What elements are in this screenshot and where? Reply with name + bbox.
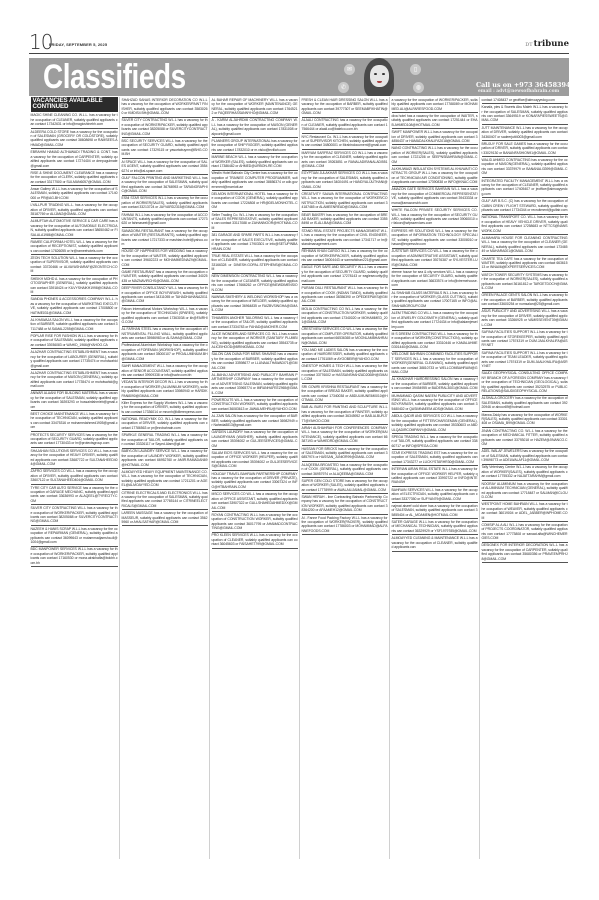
- classified-ad: a vacancy for the occupation of WORKER/P…: [392, 97, 478, 113]
- classified-ad: Seller Trading Co. W.L.L has a vacancy f…: [212, 212, 298, 233]
- classified-ad: ALAALI CONTRACTING has a vacancy for the…: [302, 118, 388, 134]
- classified-ad: PRO KLEEN SERVICES W.L.L has a vacancy f…: [212, 533, 298, 549]
- issue-date: FRIDAY, SEPTEMBER 5, 2025: [49, 42, 107, 47]
- classified-column-6: contact 17408437 or geoffice@almoayyedcg…: [479, 97, 569, 859]
- classified-ad: SILVER CITY CONTRACTING W.L.L has a vaca…: [31, 505, 118, 526]
- classified-ad: ALMOAYYED CLEANING & MAINTENANCE W.L.L h…: [392, 535, 478, 551]
- classified-ad: ASUS PUBLICITY AND ADVERTISING W.L.L has…: [482, 309, 568, 330]
- classified-ad: Westin Hotel Bahrain City Centre has a v…: [212, 171, 298, 192]
- classified-ad: DESIGNEX FOR INTERIOR DECORATION W.L.L h…: [482, 543, 568, 564]
- classified-ad: AMAZON GATE SERVICES BAHRAIN W.L.L has a…: [392, 187, 478, 208]
- classified-ad: ALAZHAR CONTRACTING ESTABLISHMENT has a …: [31, 370, 118, 391]
- classified-ad: BSC SECURITY SERVICES W.L.L has a vacanc…: [122, 138, 208, 159]
- classified-ad: SAFINA FACILITIES SUPPORT W.L.L has a va…: [482, 350, 568, 371]
- masthead: 10 FRIDAY, SEPTEMBER 5, 2025 DTtribune: [29, 30, 569, 54]
- classified-ad: SUPER GEN COLD STORE has a vacancy for t…: [302, 478, 388, 494]
- customer-service-illustration: [362, 58, 396, 96]
- classified-ad: MSCO SERVICES CO W.L.L has a vacancy for…: [212, 491, 298, 512]
- classified-ad: ABDUL QADIR AND SERVICES CO W.L.L has a …: [392, 413, 478, 434]
- classified-ad: SATER GARAGE W.L.L has a vacancy for the…: [392, 519, 478, 535]
- classified-ad: POPLAR RISE FOR FASHION W.L.L has a vaca…: [31, 333, 118, 349]
- classified-ad: INTEGRATED FACILITY MANAGEMENT W.L.L has…: [482, 178, 568, 199]
- classified-ad: SALAM EID'S SERVICES W.L.L has a vacancy…: [212, 450, 298, 471]
- classified-ad: diva hotel has a vacancy for the occupat…: [392, 113, 478, 129]
- classified-ad: SWIFT MANPOWER W.L.L has a vacancy for t…: [392, 129, 478, 145]
- classified-ad: JUSTSTAR SERVICES CO W.L.L has a vacancy…: [392, 249, 478, 270]
- classified-ad: Professional Aluminium Workshop has a va…: [122, 343, 208, 364]
- classified-ad: EBRAHIM HAMAD ALTHAWADI TRADING & CONT. …: [31, 149, 118, 170]
- classified-ad: HOUSE OF HAPPINESS FOR WEDDING has a vac…: [122, 249, 208, 270]
- classified-ad: Al SPACE W.L.L has a vacancy for the occ…: [122, 159, 208, 175]
- classified-ad: TIHAMEEN ANOHER TAILORING W.L.L has a va…: [212, 315, 298, 331]
- classified-ad: MARYAM SARFRAZ SERVICES CO W.L.L has a v…: [302, 150, 388, 171]
- classified-ad: TYRE CITY CAR AUTO SERVICE has a vacancy…: [31, 485, 118, 506]
- classified-ad: NOORAY ALUMINIUM has a vacancy for the o…: [482, 481, 568, 502]
- classified-ad: NAZEEH & HANIS SCRAP W.L.L has a vacancy…: [31, 526, 118, 547]
- classified-columns: VACANCIES AVAILABLE CONTINUEDMAGIC SHINE…: [29, 97, 569, 859]
- classified-ad: COMSIP AL A ALI W.L.L has a vacancy for …: [482, 522, 568, 543]
- classified-ad: INTERIAN AIRAN REAL ESTATE W.L.L has a v…: [392, 466, 478, 487]
- section-heading: VACANCIES AVAILABLE CONTINUED: [31, 97, 118, 112]
- classified-ad: WELCOME BAHRAIN COMBINED FACILITIES SUPP…: [392, 352, 478, 377]
- classified-ad: MAGIC SHINE CLEANING CO. W.L.L. has a va…: [31, 113, 118, 129]
- classified-ad: ALAZHAR CONTRACTING ESTABLISHMENT has a …: [31, 349, 118, 370]
- classified-column-1: VACANCIES AVAILABLE CONTINUEDMAGIC SHINE…: [29, 97, 119, 859]
- classified-ad: CITRINE ELECTRICALS AND ELECTRONICS W.L.…: [122, 490, 208, 511]
- classified-ad: AL BAHAR REPAIR OF MACHINERY W.L.L has a…: [212, 97, 298, 118]
- classified-ad: ANWAR ALAANI FOR BUILDING MATERIAL has a…: [31, 391, 118, 412]
- classified-ad: AL KHAWAJA SALON W.L.L has a vacancy for…: [31, 317, 118, 333]
- classified-ad: WESTPOINT HOME BAHRAIN W.L.L has a vacan…: [482, 501, 568, 522]
- classified-ad: RISE & SHINE DOCUMENT CLEARANCE has a va…: [31, 170, 118, 186]
- call-us-phone: Call us on +973 36458394: [476, 81, 569, 89]
- classified-ad: ESNI STAR SERVICES W.L.L has a vacancy f…: [122, 196, 208, 212]
- logo-mark: DT: [525, 42, 532, 48]
- classified-ad: ALAQEEBA BROASTED has a vacancy for the …: [302, 462, 388, 478]
- classified-ad: ALICE WONDERLAND SERVICES CO. W.L.L has …: [212, 331, 298, 352]
- classified-ad: SHEIKH MOHD A. has a vacancy for the occ…: [31, 276, 118, 297]
- classified-ad: ROYAN CONTRACTING W.L.L has a vacancy fo…: [212, 512, 298, 533]
- logo-text: tribune: [534, 39, 569, 49]
- classified-ad: NYC Restaurant Co. W.L.L has a vacancy f…: [302, 134, 388, 150]
- classified-ad: YOU AND ME LADIES SALON has a vacancy fo…: [302, 347, 388, 363]
- classified-ad: BRUJUY FOR SALE GAMES has a vacancy for …: [482, 141, 568, 157]
- classified-ad: AL-BAHAJ ADVERTISING AND PUBLICITY BAHRA…: [212, 372, 298, 397]
- classified-ad: xtreme house for sea & city services W.L…: [392, 269, 478, 290]
- classified-ad: NATIONAL TRANSPORT CO. W.L.L has a vacan…: [482, 215, 568, 236]
- classified-ad: JINAN CONTRACTING CO. W.L.L has a vacanc…: [482, 428, 568, 449]
- classified-ad: JUTT MAINTENANCE W.L.L has a vacancy for…: [482, 125, 568, 141]
- classified-ad: MARINE BEACH W.L.L has a vacancy for the…: [212, 154, 298, 170]
- classified-ad: AL ZAIN SALON has a vacancy for the occu…: [212, 413, 298, 429]
- classified-ad: Kanafa, pies & Sweets Abu Maleh W.L.L ha…: [482, 104, 568, 125]
- classified-ad: ZEON TECH SOLUTION W.L.L has a vacancy f…: [31, 255, 118, 276]
- classified-ad: REHMAN KHAN CARGO W.L.L has a vacancy fo…: [302, 249, 388, 265]
- classified-ad: SPARKLE GENERAL TRADING W.L.L has a vaca…: [122, 432, 208, 448]
- classified-ad: Ansar Gallery W.L.L has a vacancy for th…: [31, 186, 118, 202]
- classified-ad: GULF AIR B.S.C. (C) has a vacancy for th…: [482, 198, 568, 214]
- classified-ad: SILVER CITY CONTRACTING W.L.L has a vaca…: [122, 118, 208, 139]
- classified-ad: MUHAMMAD QASIM NAEEM PUBLICITY AND ADVER…: [392, 393, 478, 414]
- classified-ad: SWAN HERAH - line Contracting Bahrain Pa…: [302, 494, 388, 515]
- classified-ad: MOLIA CONTRACTING CO W.L.L has a vacancy…: [302, 306, 388, 327]
- classified-ad: ALMAHARA HOUSE FOR CLEANING CONTRACTING …: [482, 235, 568, 256]
- mobile-icon: ▯: [410, 64, 421, 75]
- classified-ad: BABYLON LAUNDRY SERVICE W.L.L has a vaca…: [122, 449, 208, 470]
- classified-ad: SPEGA TRADING W.L.L has a vacancy for th…: [392, 434, 478, 450]
- classified-ad: 381 GARAGE AND SPARE PARTS W.L.L has a v…: [212, 232, 298, 253]
- classified-ad: najmat alseef cold store has a vacancy f…: [392, 503, 478, 519]
- classified-ad: AL SHAHAB GLASS MATERIALS W.L.L has a va…: [392, 290, 478, 311]
- classified-ad: PROTECTS SECURITY SERVICES has a vacancy…: [31, 432, 118, 448]
- classified-ad: AIRAH ALSHAHRAH FOR CONFERENCES COMPANY …: [302, 425, 388, 446]
- classified-ad: ZAFRO SERVICES CO W.L.L has a vacancy fo…: [31, 469, 118, 485]
- classified-ad: EXPRESS HR SOLUTIONS W.L.L has a vacancy…: [392, 228, 478, 249]
- classified-ad: ALMOAYYED HEAVY EQUIPMENT MAINTENANCE CO…: [122, 469, 208, 490]
- classified-ad: PURANI DILLI RESTAURANT W.L.L has a vaca…: [302, 285, 388, 306]
- classifieds-banner: Classifieds ✉ ✆ ▯ ◍ Call us on +973 3645…: [29, 58, 569, 96]
- classified-ad: GREEN PALACE GENTS SALON W.L.L has a vac…: [482, 293, 568, 309]
- section-title: Classifieds: [43, 60, 186, 94]
- classified-column-2: SHAHZAD SANAS INTERIOR DECORATION CO W.L…: [119, 97, 209, 859]
- classified-ad: Al - Fanne Food Packing Factory W.L.L ha…: [302, 515, 388, 536]
- classified-ad: SANADORA RESTAURANT has a vacancy for th…: [122, 228, 208, 249]
- classified-ad: FRESH & CLEAN HAIR DRESSING SALON W.L.L …: [302, 97, 388, 118]
- classified-ad: WATCH TOWER SECURITY SYSTEMS has a vacan…: [482, 272, 568, 293]
- classified-ad: DELMON INTERNATIONAL HOTEL has a vacancy…: [212, 191, 298, 212]
- classified-ad: CREATIVITY SALWA INTERNATIONAL CONTRACTI…: [302, 191, 388, 212]
- classified-ad: STAR EXPRESS TRADING EST has a vacancy f…: [392, 450, 478, 466]
- classified-ad: POWERDUTS W.L.L has a vacancy for the oc…: [212, 397, 298, 413]
- classified-ad: SANDIA PHONES & ACCESSORIES COMPANY W.L.…: [31, 296, 118, 317]
- classified-ad: SAUDI GEOPHYSICAL CONSULTING OFFICE COMP…: [482, 371, 568, 396]
- phone-icon: ✆: [338, 82, 349, 93]
- classified-ad: Tally Veterinary Centre W.L.L has a vaca…: [482, 465, 568, 481]
- advert-email: email : advt@newsofbahrain.com: [478, 89, 559, 94]
- classified-ad: GARDEN LAUNDRY has a vacancy for the occ…: [212, 430, 298, 451]
- classified-ad: EGYPTIAN JULAKHAR SERVICES CO W.L.L has …: [302, 171, 388, 192]
- classified-ad: SRI GOWRI KRISHNA RESTAURANT has a vacan…: [302, 384, 388, 405]
- classified-ad: TRUE REAL ESTATE W.L.L has a vacancy for…: [212, 253, 298, 274]
- classified-ad: ALDEERA COLD STORE has a vacancy for the…: [31, 129, 118, 150]
- classified-ad: ALEM TRADING CO W.L.L has a vacancy for …: [392, 310, 478, 331]
- classified-ad: SALON CAN DUNA FOR MENS SHAVING has a va…: [212, 352, 298, 373]
- classified-ad: A - KARIM ALJAHRDMI CONTRACTING COMPANY …: [212, 118, 298, 139]
- classified-ad: AL KHADHAR HAIRDRESSING SALON has a vaca…: [392, 377, 478, 393]
- classified-ad: Falcon International Motors Workshop W.L…: [122, 306, 208, 327]
- classified-ad: NATIONAL READYMIX CO. W.L.L has a vacanc…: [122, 416, 208, 432]
- classified-column-4: FRESH & CLEAN HAIR DRESSING SALON W.L.L …: [299, 97, 389, 859]
- classified-ad: LAREEN MASSAGE has a vacancy for the occ…: [122, 510, 208, 526]
- classified-ad: ALMUFTAH AUTOMOTIVE SERVICE & CAR CARE h…: [31, 218, 118, 239]
- classified-ad: HOLIDAY TRAVEL BAHRAIN PARTNERSHIP COMPA…: [212, 471, 298, 492]
- classified-ad: CRESTVIEW SERVICES CO W.L.L has a vacanc…: [302, 327, 388, 348]
- classified-ad: WALID AHMED CONTRACTING has a vacancy fo…: [482, 157, 568, 178]
- classified-ad: SAFINA FACILITIES SUPPORT W.L.L has a va…: [482, 329, 568, 350]
- classified-column-3: AL BAHAR REPAIR OF MACHINERY W.L.L has a…: [209, 97, 299, 859]
- classified-ad: PLANNERS GROUP INTERNATIONAL has a vacan…: [212, 138, 298, 154]
- classified-ad: AL FARHAN STEEL has a vacancy for the oc…: [122, 327, 208, 343]
- classified-ad: FAHMAI W.L.L has a vacancy for the occup…: [122, 212, 208, 228]
- classified-ad: BAB AL BURJ FOR PAINTING AND SCULPTURE W…: [302, 404, 388, 425]
- classified-ad: LYALLPUR TRADING W.L.L. has a vacancy fo…: [31, 202, 118, 218]
- classified-ad: ALSHALA GROCERY has a vacancy for the oc…: [482, 396, 568, 412]
- classified-ad: HASSAN FOR BRICKS has a vacancy for the …: [302, 446, 388, 462]
- classified-ad: STAND REAL ESTATE PROJECTS MANAGEMENT W.…: [302, 228, 388, 249]
- tribune-logo: DTtribune: [525, 39, 569, 49]
- classified-ad: ADEL WALAF JEWELERS has a vacancy for th…: [482, 449, 568, 465]
- classified-ad: DEEP RIVER CONSULTANCY W.L.L has a vacan…: [122, 285, 208, 306]
- classified-ad: SAHR MANAGEMENT W.L.L has a vacancy for …: [122, 363, 208, 379]
- classified-column-5: a vacancy for the occupation of WORKER/P…: [389, 97, 479, 859]
- classified-ad: BAHRAIN SERVICES W.L.L has a vacancy for…: [392, 487, 478, 503]
- classified-ad: Killer Express for the Supply Workers W.…: [122, 400, 208, 416]
- classified-ad: NANO CONTRACTING W.L.L has a vacancy for…: [392, 145, 478, 166]
- classified-ad: SHAHZAD SANAS INTERIOR DECORATION CO W.L…: [122, 97, 208, 118]
- classified-ad: GAME RESTAURANT has a vacancy for the oc…: [122, 269, 208, 285]
- classified-ad: EAGLE FOR SAFE AND SECURITY W.L.L has a …: [302, 265, 388, 286]
- classified-ad: CHARTE TEA CAFE has a vacancy for the oc…: [482, 256, 568, 272]
- globe-icon: ◍: [413, 82, 424, 93]
- classified-ad: Marwa Zaidy has a vacancy for the occupa…: [482, 412, 568, 428]
- classified-ad: RAMEE CALIFORNIA HOTEL W.L.L has a vacan…: [31, 239, 118, 255]
- classified-ad: BEST CHOICE MAINTENANCE W.L.L has a vaca…: [31, 411, 118, 432]
- classified-ad: BEAR BAKERY has a vacancy for the occupa…: [302, 212, 388, 228]
- classified-ad: NAWWA SMITHERY & WELDING WORKSHOP has a …: [212, 294, 298, 315]
- classified-ad: VEDANTA INTERIOR DECOR W.L.L has a vacan…: [122, 379, 208, 400]
- classified-ad: BDC MANPOWER SERVICES W.L.L has a vacanc…: [31, 547, 118, 568]
- classified-ad: ONESTOP HOMES & TECH W.L.L has a vacancy…: [302, 363, 388, 384]
- classified-ad: GULF FALCON PRINTING AND MARKETING W.L.L…: [122, 175, 208, 196]
- classified-ad: contact 17408437 or geoffice@almoayyedcg…: [482, 97, 568, 104]
- classified-ad: M S DREEM CONTRACTING W.L.L has a vacanc…: [392, 331, 478, 352]
- classified-ad: WHITE FALCON PRIVATE SECURITY SERVICES C…: [392, 207, 478, 228]
- classified-ad: ALKHUWAIZI INSULATION SYSTEMS AL KHUWAIT…: [392, 166, 478, 187]
- classified-ad: SHAJAHAN SOLUTIONS SERVICES CO W.L.L has…: [31, 448, 118, 469]
- classified-ad: NEW DIMENSION CONTRACTING W.L.L has a va…: [212, 274, 298, 295]
- envelope-icon: ✉: [344, 64, 355, 75]
